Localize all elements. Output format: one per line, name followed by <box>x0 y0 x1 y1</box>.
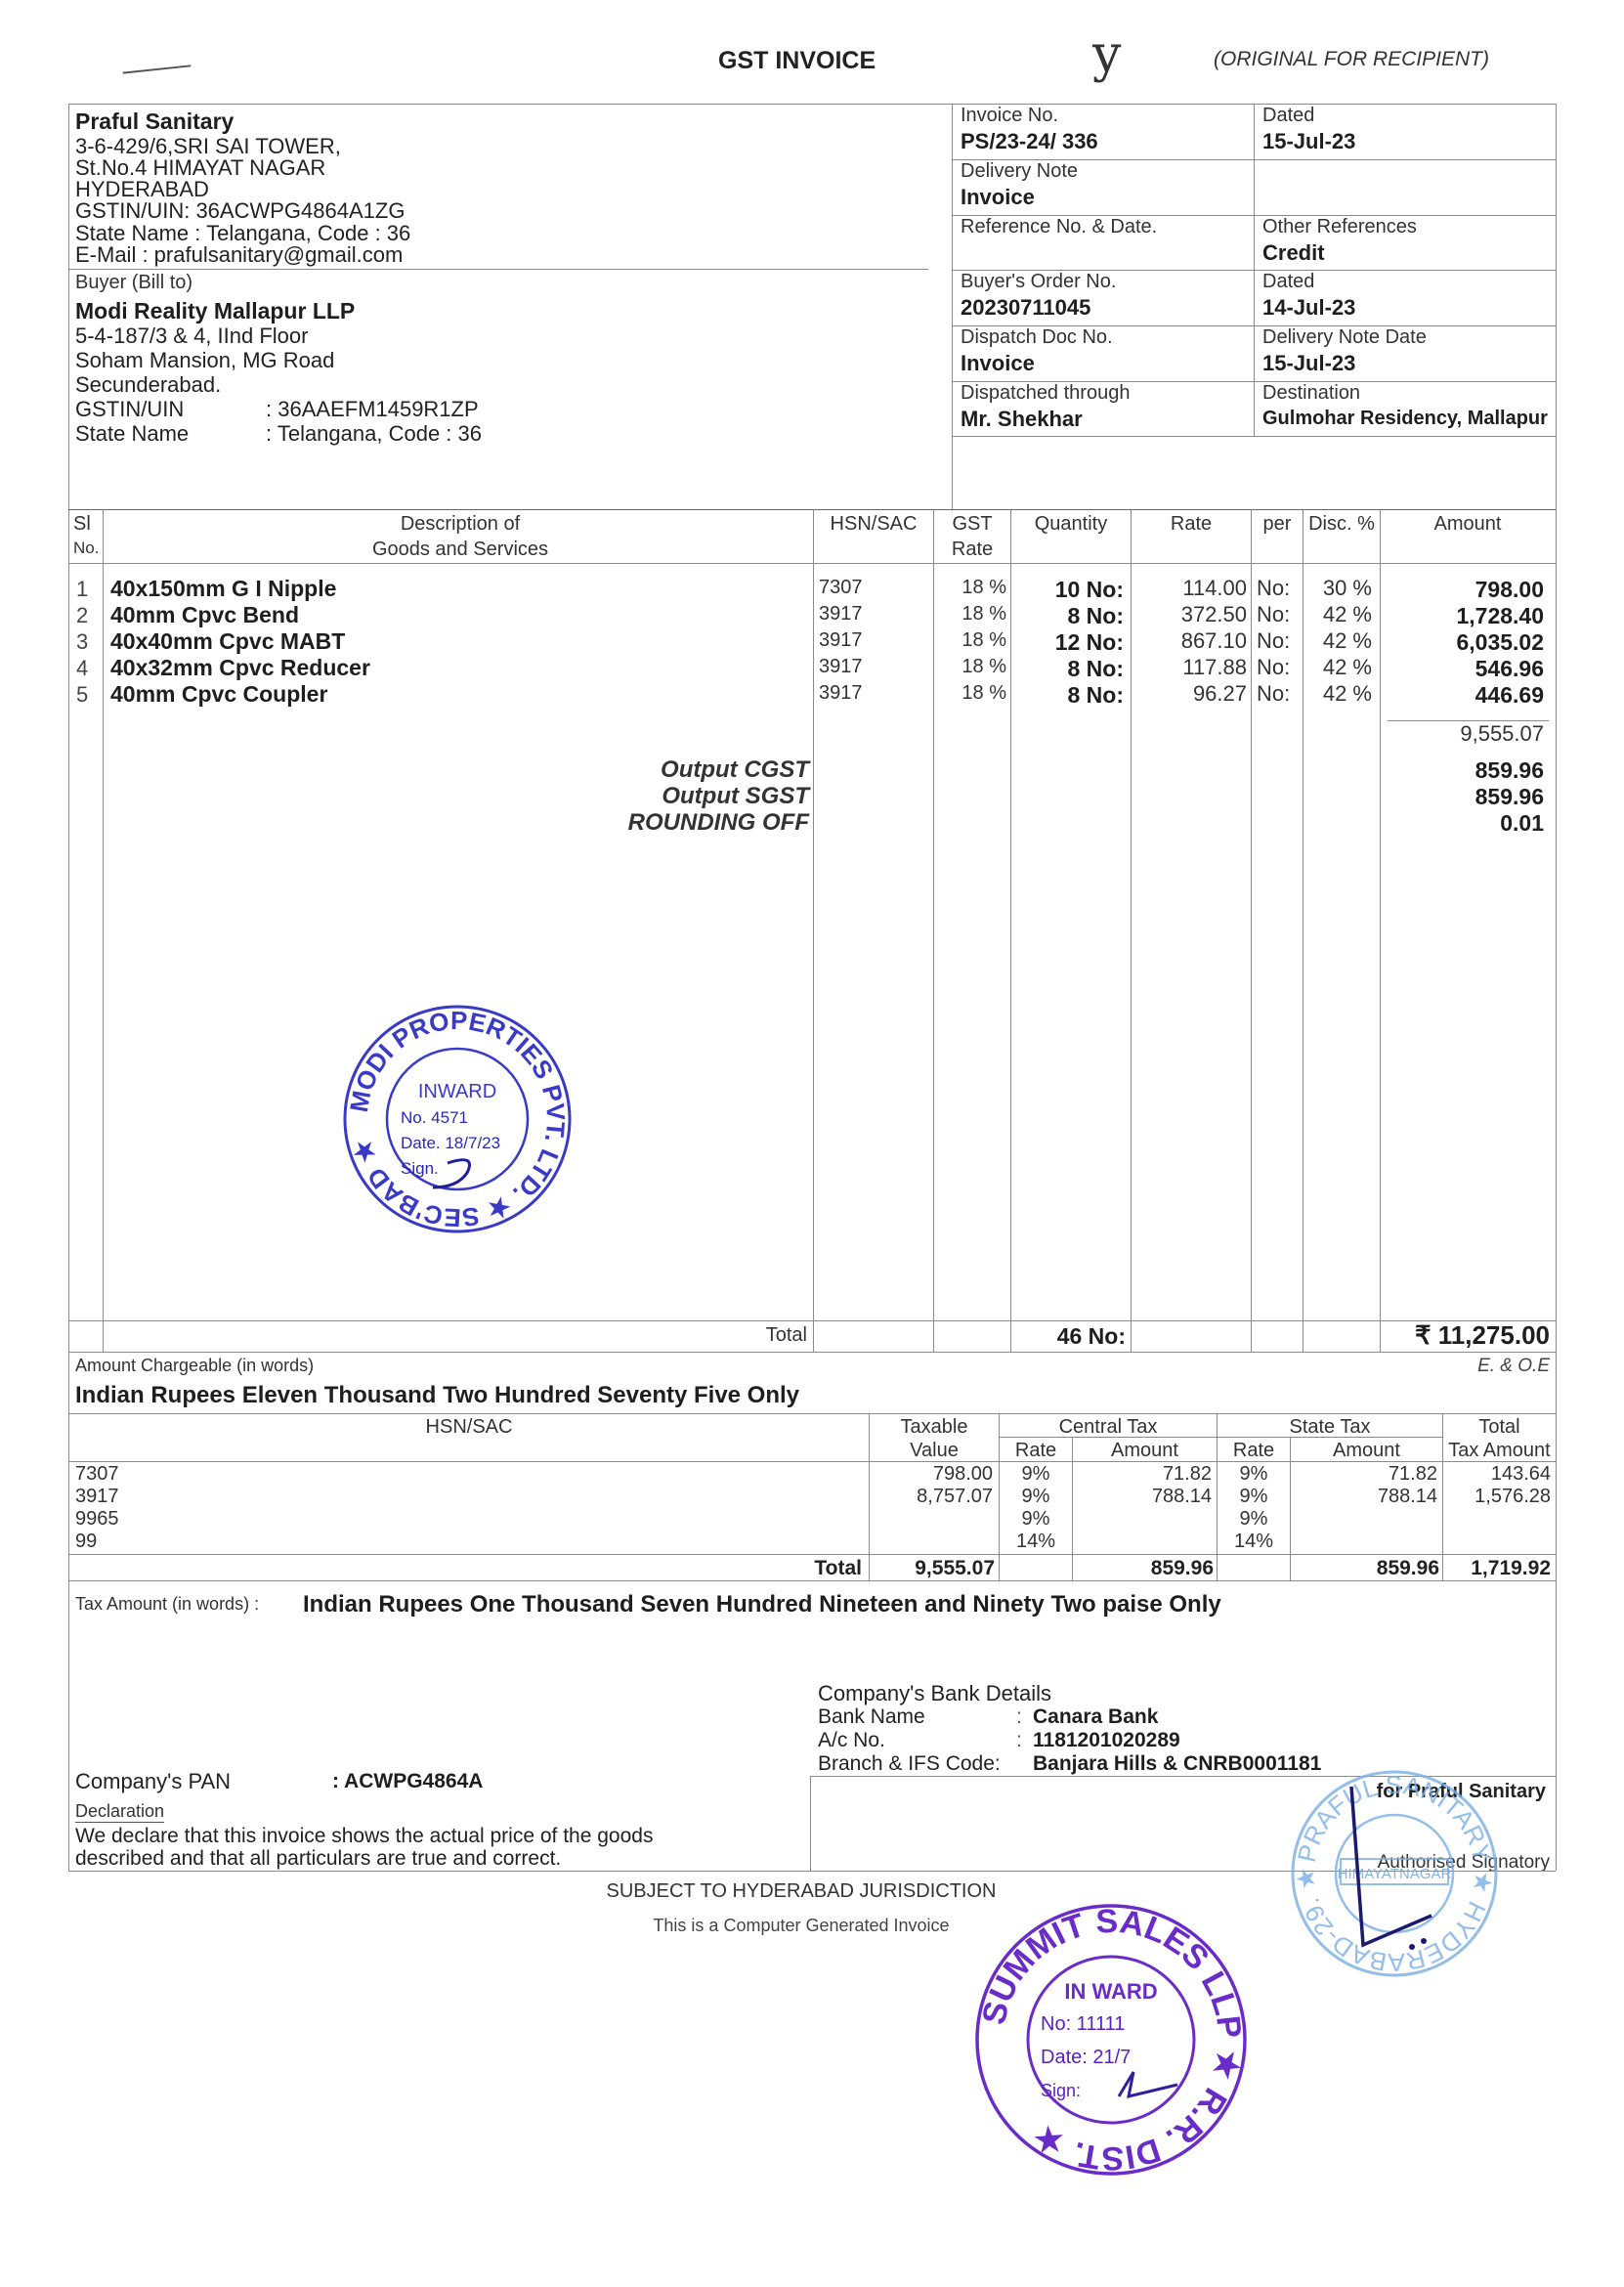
row-description: 40mm Cpvc Coupler <box>110 683 327 706</box>
row-rate: 867.10 <box>1181 630 1247 652</box>
frame-right <box>1556 104 1557 1871</box>
bank-label: Branch & IFS Code: <box>818 1753 1001 1774</box>
adjustment-label: ROUNDING OFF <box>628 811 809 835</box>
seller-gstin: GSTIN/UIN: 36ACWPG4864A1ZG <box>75 200 405 222</box>
jurisdiction-note: SUBJECT TO HYDERABAD JURISDICTION <box>508 1881 1094 1901</box>
tax-total-top <box>68 1554 1556 1555</box>
tax-row-hsn: 3917 <box>75 1487 119 1506</box>
svg-text:Date: 21/7: Date: 21/7 <box>1041 2047 1131 2068</box>
tax-col-hsn: HSN/SAC <box>68 1417 870 1437</box>
tax-col-state: State Tax <box>1218 1417 1442 1437</box>
col-sl-2: No. <box>73 539 99 556</box>
authorised-signature <box>1344 1779 1451 1960</box>
row-hsn: 3917 <box>819 630 863 650</box>
tax-col-total-2: Tax Amount <box>1443 1441 1556 1460</box>
col-gst-1: GST <box>934 514 1010 534</box>
row-amount: 798.00 <box>1475 579 1544 601</box>
col-desc-2: Goods and Services <box>104 539 817 559</box>
svg-text:Sign:: Sign: <box>1041 2081 1081 2100</box>
row-discount: 42 % <box>1323 657 1372 678</box>
tax-row-central-rate: 9% <box>1000 1509 1072 1529</box>
row-gst-rate: 18 % <box>962 630 1006 650</box>
buyer-name: Modi Reality Mallapur LLP <box>75 300 355 323</box>
pan-value: : ACWPG4864A <box>332 1771 483 1791</box>
tax-words-value: Indian Rupees One Thousand Seven Hundred… <box>303 1593 1221 1617</box>
row-gst-rate: 18 % <box>962 657 1006 676</box>
tax-col-total-1: Total <box>1443 1417 1556 1437</box>
tax-row-state-rate: 9% <box>1218 1464 1290 1484</box>
tax-total-total: 1,719.92 <box>1471 1558 1551 1578</box>
adjustment-amount: 859.96 <box>1475 759 1544 782</box>
row-amount: 546.96 <box>1475 658 1544 680</box>
meta-value-right: 15-Jul-23 <box>1262 353 1355 374</box>
col-per: per <box>1252 514 1303 534</box>
tax-row-state-amount: 788.14 <box>1378 1487 1437 1506</box>
row-per: No: <box>1257 630 1290 652</box>
tax-col-central-amount: Amount <box>1073 1441 1217 1460</box>
items-total-qty: 46 No: <box>1057 1325 1126 1348</box>
tax-col-taxable-2: Value <box>870 1441 999 1460</box>
buyer-gstin-label: GSTIN/UIN <box>75 399 184 420</box>
table-row: 140x150mm G I Nipple730718 %10 No:114.00… <box>0 577 1624 603</box>
scribble-mark <box>122 55 192 73</box>
seller-name: Praful Sanitary <box>75 110 234 133</box>
row-discount: 42 % <box>1323 683 1372 705</box>
meta-value-right: Credit <box>1262 242 1325 264</box>
handwritten-mark: y <box>1092 29 1121 80</box>
bank-label: A/c No. <box>818 1730 885 1750</box>
bank-colon: : <box>1016 1730 1022 1750</box>
items-top <box>68 509 1556 510</box>
col-gst-2: Rate <box>934 539 1010 559</box>
row-rate: 117.88 <box>1182 657 1247 678</box>
frame-left <box>68 104 69 1871</box>
tax-words-label: Tax Amount (in words) : <box>75 1595 259 1613</box>
tax-row-central-rate: 14% <box>1000 1532 1072 1551</box>
items-total-top <box>68 1320 1556 1321</box>
table-row: 240mm Cpvc Bend391718 %8 No:372.50No:42 … <box>0 603 1624 629</box>
svg-text:IN WARD: IN WARD <box>1064 1979 1157 2004</box>
bank-value: Banjara Hills & CNRB0001181 <box>1033 1753 1321 1774</box>
row-per: No: <box>1257 657 1290 678</box>
adjustment-amount: 0.01 <box>1500 812 1544 835</box>
tax-row-state-rate: 9% <box>1218 1487 1290 1506</box>
adjustment-amount: 859.96 <box>1475 786 1544 808</box>
tax-total-bottom <box>68 1580 1556 1581</box>
tax-row-taxable: 798.00 <box>933 1464 993 1484</box>
row-amount: 446.69 <box>1475 684 1544 707</box>
row-sl: 1 <box>76 579 88 600</box>
bank-title: Company's Bank Details <box>818 1683 1051 1704</box>
col-disc: Disc. % <box>1303 514 1380 534</box>
tax-total-central: 859.96 <box>1151 1558 1214 1578</box>
seller-state: State Name : Telangana, Code : 36 <box>75 223 410 244</box>
items-total-bottom <box>68 1352 1556 1353</box>
row-description: 40x40mm Cpvc MABT <box>110 630 345 653</box>
row-rate: 372.50 <box>1181 604 1247 626</box>
tax-row: 7307798.009%71.829%71.82143.64 <box>0 1463 1624 1486</box>
tax-row-central-amount: 71.82 <box>1163 1464 1212 1484</box>
copy-label: (ORIGINAL FOR RECIPIENT) <box>1214 49 1489 69</box>
col-qty: Quantity <box>1011 514 1131 534</box>
tax-col-central-rate: Rate <box>1000 1441 1072 1460</box>
buyer-state-value: : Telangana, Code : 36 <box>266 423 482 445</box>
row-gst-rate: 18 % <box>962 683 1006 703</box>
tax-row-state-amount: 71.82 <box>1389 1464 1437 1484</box>
svg-text:No: 11111: No: 11111 <box>1041 2013 1125 2035</box>
tax-row-central-rate: 9% <box>1000 1464 1072 1484</box>
meta-value-left: PS/23-24/ 336 <box>961 131 1098 152</box>
meta-label-right: Other References <box>1262 217 1417 237</box>
row-amount: 1,728.40 <box>1456 605 1544 627</box>
bank-colon: : <box>1016 1706 1022 1727</box>
declaration-label: Declaration <box>75 1802 164 1823</box>
meta-label-right: Destination <box>1262 383 1360 403</box>
row-quantity: 10 No: <box>1055 579 1124 601</box>
tax-row-central-amount: 788.14 <box>1152 1487 1212 1506</box>
col-desc-1: Description of <box>104 514 817 534</box>
buyer-address-1: 5-4-187/3 & 4, IInd Floor <box>75 325 308 347</box>
row-rate: 114.00 <box>1182 578 1247 599</box>
meta-left-border <box>952 104 953 509</box>
pan-label: Company's PAN <box>75 1771 231 1792</box>
meta-bottom <box>952 436 1556 437</box>
row-hsn: 3917 <box>819 657 863 676</box>
subtotal-amount: 9,555.07 <box>1460 723 1544 745</box>
row-discount: 30 % <box>1323 578 1372 599</box>
seller-address-1: 3-6-429/6,SRI SAI TOWER, <box>75 136 341 157</box>
col-sl-1: Sl <box>73 514 91 534</box>
tax-row-total: 1,576.28 <box>1474 1487 1551 1506</box>
svg-text:Date. 18/7/23: Date. 18/7/23 <box>401 1134 500 1152</box>
seller-address-2: St.No.4 HIMAYAT NAGAR <box>75 157 325 179</box>
tax-header-bottom <box>68 1461 1556 1462</box>
meta-label-right: Dated <box>1262 272 1314 291</box>
tax-row-hsn: 9965 <box>75 1509 119 1529</box>
row-per: No: <box>1257 683 1290 705</box>
meta-value-left: Invoice <box>961 353 1035 374</box>
row-hsn: 7307 <box>819 578 863 597</box>
buyer-gstin-value: : 36AAEFM1459R1ZP <box>266 399 479 420</box>
signatory-left <box>810 1776 811 1871</box>
row-hsn: 3917 <box>819 604 863 624</box>
row-hsn: 3917 <box>819 683 863 703</box>
meta-label-left: Invoice No. <box>961 106 1058 125</box>
tax-total-state: 859.96 <box>1377 1558 1439 1578</box>
buyer-label: Buyer (Bill to) <box>75 273 192 292</box>
buyer-state-label: State Name <box>75 423 189 445</box>
col-rate: Rate <box>1132 514 1251 534</box>
table-row: 540mm Cpvc Coupler391718 %8 No:96.27No:4… <box>0 682 1624 709</box>
tax-row: 9914%14% <box>0 1531 1624 1553</box>
meta-value-right: 14-Jul-23 <box>1262 297 1355 319</box>
row-rate: 96.27 <box>1193 683 1247 705</box>
row-sl: 2 <box>76 605 88 626</box>
meta-label-left: Reference No. & Date. <box>961 217 1157 237</box>
tax-top <box>68 1413 1556 1414</box>
row-sl: 4 <box>76 658 88 679</box>
row-description: 40x150mm G I Nipple <box>110 578 336 600</box>
table-row: 340x40mm Cpvc MABT391718 %12 No:867.10No… <box>0 629 1624 656</box>
amount-words-label: Amount Chargeable (in words) <box>75 1357 314 1374</box>
row-sl: 3 <box>76 631 88 653</box>
row-quantity: 8 No: <box>1068 658 1125 680</box>
summit-sales-stamp: SUMMIT SALES LLP ★ R.R. DIST. ★ IN WARD … <box>972 1901 1251 2179</box>
tax-col-central: Central Tax <box>1000 1417 1217 1437</box>
amount-words-value: Indian Rupees Eleven Thousand Two Hundre… <box>75 1384 799 1407</box>
buyer-address-2: Soham Mansion, MG Road <box>75 350 334 371</box>
row-amount: 6,035.02 <box>1456 631 1544 654</box>
declaration-line-1: We declare that this invoice shows the a… <box>75 1826 653 1846</box>
modi-properties-stamp: MODI PROPERTIES PVT. LTD. ★ SEC'BAD ★ IN… <box>340 1002 575 1236</box>
tax-total-label: Total <box>814 1558 862 1578</box>
row-per: No: <box>1257 604 1290 626</box>
items-header-bottom <box>68 563 1556 564</box>
row-per: No: <box>1257 578 1290 599</box>
svg-text:INWARD: INWARD <box>418 1081 496 1102</box>
seller-address-3: HYDERABAD <box>75 179 209 200</box>
row-quantity: 8 No: <box>1068 684 1125 707</box>
adjustment-label: Output SGST <box>662 785 809 808</box>
bank-value: 1181201020289 <box>1033 1730 1180 1750</box>
meta-value-left: Invoice <box>961 187 1035 208</box>
eoe-label: E. & O.E <box>1477 1357 1550 1375</box>
document-title: GST INVOICE <box>718 49 876 73</box>
tax-row-hsn: 7307 <box>75 1464 119 1484</box>
row-gst-rate: 18 % <box>962 578 1006 597</box>
meta-label-left: Dispatch Doc No. <box>961 327 1113 347</box>
meta-value-left: Mr. Shekhar <box>961 409 1083 430</box>
row-description: 40mm Cpvc Bend <box>110 604 299 626</box>
items-total-label: Total <box>766 1325 807 1345</box>
tax-row-hsn: 99 <box>75 1532 97 1551</box>
row-quantity: 12 No: <box>1055 631 1124 654</box>
frame-top <box>68 104 1556 105</box>
tax-row-state-rate: 9% <box>1218 1509 1290 1529</box>
tax-row: 99659%9% <box>0 1508 1624 1531</box>
declaration-line-2: described and that all particulars are t… <box>75 1848 561 1869</box>
buyer-address-3: Secunderabad. <box>75 374 221 396</box>
tax-row-total: 143.64 <box>1491 1464 1551 1484</box>
tax-row-state-rate: 14% <box>1218 1532 1290 1551</box>
meta-label-left: Delivery Note <box>961 161 1078 181</box>
meta-value-left: 20230711045 <box>961 297 1090 319</box>
tax-row-central-rate: 9% <box>1000 1487 1072 1506</box>
meta-label-right: Dated <box>1262 106 1314 125</box>
seller-divider <box>68 269 928 270</box>
tax-col-state-rate: Rate <box>1218 1441 1290 1460</box>
meta-label-left: Dispatched through <box>961 383 1130 403</box>
row-discount: 42 % <box>1323 630 1372 652</box>
col-amount: Amount <box>1381 514 1555 534</box>
table-row: 440x32mm Cpvc Reducer391718 %8 No:117.88… <box>0 656 1624 682</box>
svg-text:Sign.: Sign. <box>401 1159 439 1178</box>
bank-value: Canara Bank <box>1033 1706 1158 1727</box>
meta-value-right: 15-Jul-23 <box>1262 131 1355 152</box>
row-discount: 42 % <box>1323 604 1372 626</box>
meta-value-right: Gulmohar Residency, Mallapur <box>1262 409 1548 428</box>
tax-row-taxable: 8,757.07 <box>917 1487 993 1506</box>
svg-text:No. 4571: No. 4571 <box>401 1108 468 1127</box>
tax-col-state-amount: Amount <box>1291 1441 1442 1460</box>
meta-label-left: Buyer's Order No. <box>961 272 1116 291</box>
adjustment-label: Output CGST <box>661 758 809 782</box>
items-total-amount: ₹ 11,275.00 <box>1415 1322 1550 1348</box>
meta-label-right: Delivery Note Date <box>1262 327 1427 347</box>
tax-row: 39178,757.079%788.149%788.141,576.28 <box>0 1486 1624 1508</box>
row-quantity: 8 No: <box>1068 605 1125 627</box>
row-sl: 5 <box>76 684 88 706</box>
col-hsn: HSN/SAC <box>814 514 933 534</box>
seller-email: E-Mail : prafulsanitary@gmail.com <box>75 244 403 266</box>
tax-col-taxable-1: Taxable <box>870 1417 999 1437</box>
row-gst-rate: 18 % <box>962 604 1006 624</box>
bank-label: Bank Name <box>818 1706 925 1727</box>
tax-total-taxable: 9,555.07 <box>915 1558 995 1578</box>
row-description: 40x32mm Cpvc Reducer <box>110 657 370 679</box>
